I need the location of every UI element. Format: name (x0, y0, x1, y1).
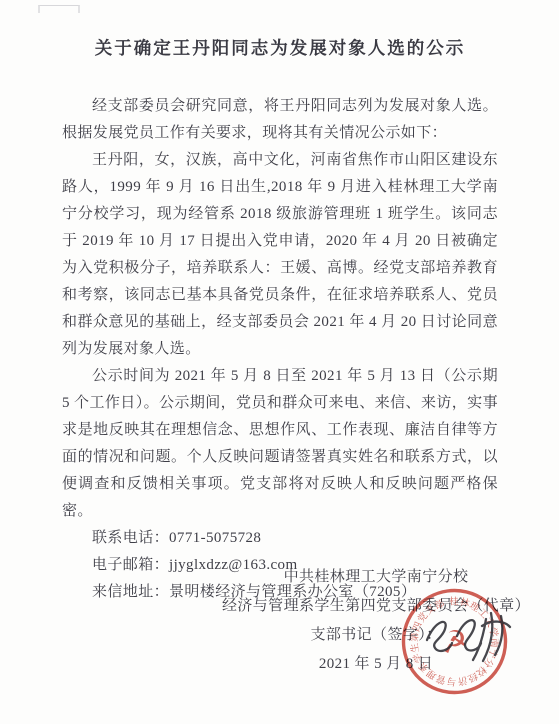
issuing-org-line1: 中共桂林理工大学南宁分校 (211, 563, 541, 592)
contact-email-label: 电子邮箱： (92, 557, 169, 573)
signature-block: 中共桂林理工大学南宁分校 经济与管理系学生第四党支部委员会（代章） 支部书记（签… (211, 563, 541, 679)
contact-phone-line: 联系电话：0771-5075728 (92, 525, 498, 552)
scan-artifact (38, 5, 80, 13)
contact-phone-value: 0771-5075728 (169, 530, 261, 546)
document-body: 关于确定王丹阳同志为发展对象人选的公示 经支部委员会研究同意，将王丹阳同志列为发… (62, 34, 498, 606)
issue-date: 2021 年 5 月 8 日 (211, 650, 541, 679)
signer-label: 支部书记（签字）： (211, 621, 541, 650)
contact-address-label: 来信地址： (92, 584, 169, 600)
page-title: 关于确定王丹阳同志为发展对象人选的公示 (62, 34, 498, 62)
issuing-org-line2: 经济与管理系学生第四党支部委员会（代章） (211, 592, 541, 621)
paragraph-publicity-period: 公示时间为 2021 年 5 月 8 日至 2021 年 5 月 13 日（公示… (62, 363, 498, 525)
paragraph-intro: 经支部委员会研究同意，将王丹阳同志列为发展对象人选。根据发展党员工作有关要求，现… (62, 93, 498, 147)
paragraph-candidate-info: 王丹阳，女，汉族，高中文化，河南省焦作市山阳区建设东路人，1999 年 9 月 … (62, 147, 498, 363)
contact-phone-label: 联系电话： (92, 530, 169, 546)
scanned-announcement-page: 关于确定王丹阳同志为发展对象人选的公示 经支部委员会研究同意，将王丹阳同志列为发… (0, 0, 559, 724)
